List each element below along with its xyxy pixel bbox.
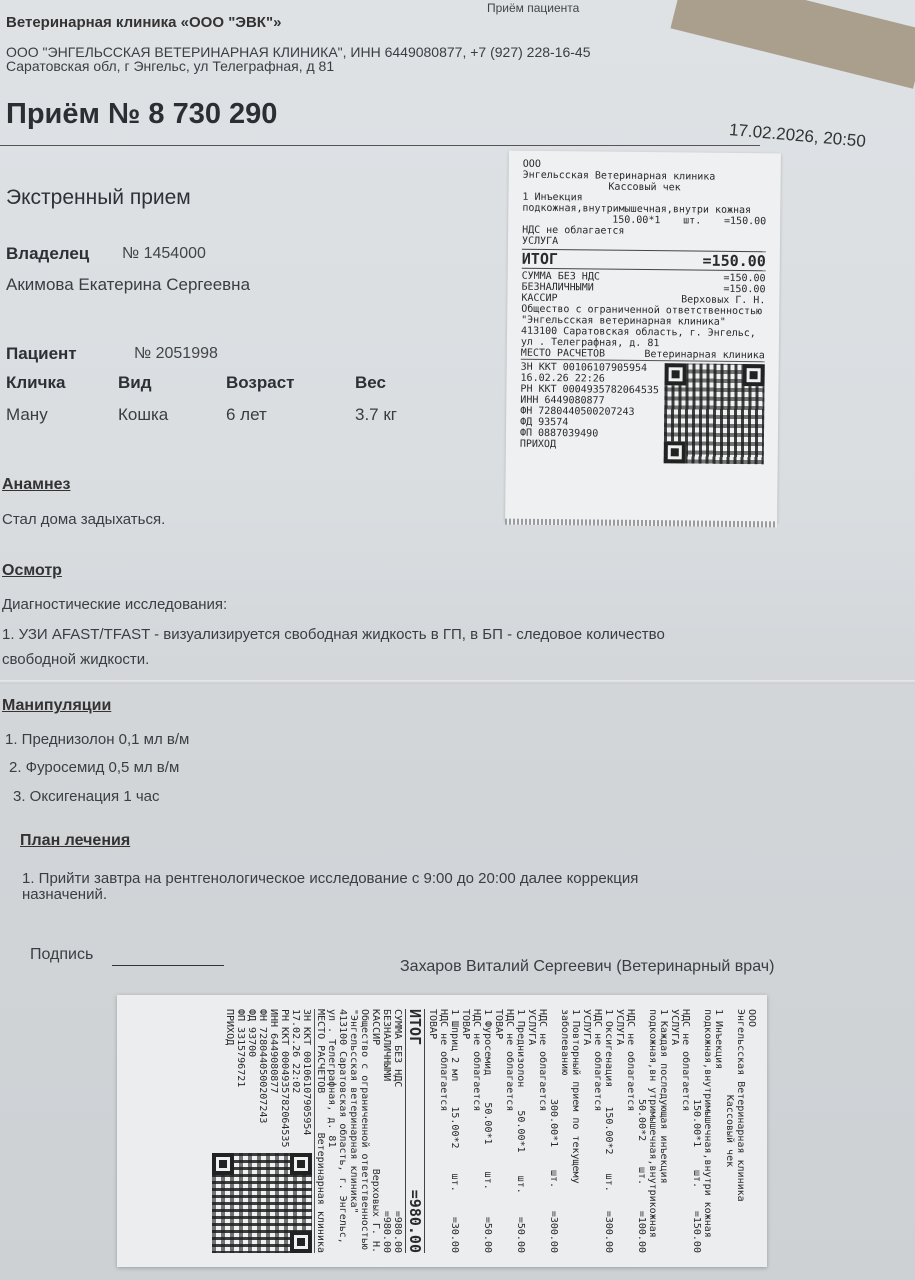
item-vat: НДС не облагается — [537, 1009, 548, 1253]
receipt-1: ООО Энгельсская Ветеринарная клиника Кас… — [505, 151, 781, 524]
receipt-total-label: ИТОГ — [406, 1009, 424, 1045]
receipt-org-full: Общество с ограниченной ответственностью… — [348, 1009, 370, 1253]
clinic-address: Саратовская обл, г Энгельс, ул Телеграфн… — [6, 58, 334, 74]
visit-type: Экстренный прием — [6, 186, 191, 210]
print-header: Приём пациента — [487, 1, 579, 15]
patient-species-value: Кошка — [118, 405, 168, 425]
treatment-plan-item-1-cont: назначений. — [22, 886, 107, 903]
exam-item-1: 1. УЗИ AFAST/TFAST - визуализируется сво… — [2, 626, 665, 643]
receipt-place-label: МЕСТО РАСЧЕТОВ — [521, 348, 605, 360]
receipt-cashier-label: КАССИР — [521, 293, 557, 304]
item-unit: шт. — [691, 1170, 702, 1188]
table-surface — [670, 0, 915, 89]
item-unit: шт. — [636, 1167, 647, 1185]
item-total: =300.00 — [548, 1211, 559, 1253]
item-unit: шт. — [548, 1170, 559, 1188]
receipt-total-label: ИТОГ — [522, 250, 558, 268]
item-vat: НДС не облагается — [680, 1009, 691, 1253]
item-vat: НДС не облагается — [625, 1009, 636, 1253]
receipt-fiscal-block: ЗН ККТ 00106107905954 17.02.26 22:02 РН … — [212, 1009, 312, 1147]
owner-label: Владелец — [6, 244, 89, 264]
item-unit: шт. — [515, 1176, 526, 1194]
manipulation-item-2: 2. Фуросемид 0,5 мл в/м — [9, 759, 179, 776]
item-price: 150.00*1 — [691, 1099, 702, 1147]
item-total: =50.00 — [515, 1217, 526, 1253]
patient-col-weight-header: Вес — [355, 373, 386, 393]
patient-weight-value: 3.7 кг — [355, 405, 397, 425]
receipt-org-full: Общество с ограниченной ответственностью… — [521, 304, 765, 329]
item-price: 50.00*1 — [515, 1110, 526, 1152]
receipt-cashless-label: БЕЗНАЛИЧНЫМИ — [521, 282, 593, 294]
receipt-line-item: 1 Оксигенация150.00*2шт.=300.00 НДС не о… — [581, 1009, 614, 1253]
item-unit: шт. — [449, 1174, 460, 1192]
receipt-fp: ФП 3315796721 — [235, 1009, 246, 1147]
item-total: =150.00 — [691, 1211, 702, 1253]
item-name: 1 Инъекция подкожная,внутримышечная,внут… — [702, 1009, 724, 1253]
manipulations-heading: Манипуляции — [2, 697, 111, 715]
receipt-item-unit: шт. — [683, 215, 701, 226]
receipt-item-name: 1 Инъекция подкожная,внутримышечная,внут… — [522, 192, 766, 217]
patient-col-name-header: Кличка — [6, 373, 65, 393]
owner-name: Акимова Екатерина Сергеевна — [6, 275, 250, 295]
receipt-doc-type: Кассовый чек — [724, 1009, 735, 1253]
doctor-name: Захаров Виталий Сергеевич (Ветеринарный … — [400, 958, 774, 976]
receipt-fd: ФД 93700 — [246, 1009, 257, 1147]
receipt-total-value: =150.00 — [702, 252, 765, 271]
receipt-line-item: 1 Инъекция подкожная,внутримышечная,внут… — [669, 1009, 724, 1253]
item-total: =30.00 — [449, 1217, 460, 1253]
receipt-line-item: 1 Шприц 2 мл15.00*2шт.=30.00 НДС не обла… — [427, 1009, 460, 1253]
receipt-sum-no-vat-value: =150.00 — [723, 273, 765, 284]
receipt-org-address: 413100 Саратовская область, г. Энгельс, … — [521, 326, 765, 351]
receipt-line-item: 1 Фуросемид50.00*1шт.=50.00 НДС не облаг… — [460, 1009, 493, 1253]
manipulation-item-3: 3. Оксигенация 1 час — [13, 788, 160, 805]
item-total: =100.00 — [636, 1211, 647, 1253]
receipt-operation: ПРИХОД — [520, 439, 659, 451]
item-vat: НДС не облагается — [592, 1009, 603, 1253]
patient-name-value: Ману — [6, 405, 48, 425]
exam-heading: Осмотр — [2, 562, 62, 580]
visit-datetime: 17.02.2026, 20:50 — [728, 120, 866, 152]
visit-title: Приём № 8 730 290 — [6, 98, 277, 131]
receipt-place-label: МЕСТО РАСЧЕТОВ — [315, 1009, 326, 1093]
item-total: =50.00 — [482, 1217, 493, 1253]
receipt-total-value: =980.00 — [406, 1190, 424, 1253]
receipt-2: ООО Энгельсская Ветеринарная клиника Кас… — [117, 995, 767, 1267]
item-name: 1 Фуросемид — [482, 1009, 493, 1075]
receipt-org-address: 413100 Саратовская область, г. Энгельс, … — [326, 1009, 348, 1253]
anamnesis-heading: Анамнез — [2, 476, 70, 494]
receipt-sum-no-vat-label: СУММА БЕЗ НДС — [522, 271, 600, 283]
receipt-item-kind: УСЛУГА — [522, 236, 766, 250]
item-kind: УСЛУГА — [581, 1009, 592, 1253]
item-total: =300.00 — [603, 1211, 614, 1253]
item-name: 1 Преднизолон — [515, 1009, 526, 1087]
item-price: 50.00*1 — [482, 1102, 493, 1144]
treatment-plan-item-1: 1. Прийти завтра на рентгенологическое и… — [22, 870, 638, 887]
receipt-cashless-value: =980.00 — [381, 1211, 392, 1253]
receipt-org-short: ООО — [746, 1009, 757, 1253]
receipt-fiscal-block: ЗН ККТ 00106107905954 16.02.26 22:26 РН … — [520, 362, 660, 463]
receipt-place-value: Ветеринарная клиника — [315, 1133, 326, 1253]
exam-subheading: Диагностические исследования: — [2, 596, 227, 613]
anamnesis-text: Стал дома задыхаться. — [2, 511, 165, 528]
item-vat: НДС не облагается — [438, 1009, 449, 1253]
clinic-name: Ветеринарная клиника «ООО "ЭВК"» — [6, 14, 281, 31]
receipt-datetime: 17.02.26 22:02 — [290, 1009, 301, 1147]
item-vat: НДС не облагается — [504, 1009, 515, 1253]
receipt-item-price: 150.00*1 — [612, 215, 660, 227]
receipt-place-value: Ветеринарная клиника — [644, 349, 765, 361]
item-unit: шт. — [603, 1174, 614, 1192]
signature-line — [112, 965, 224, 966]
receipt-operation: ПРИХОД — [224, 1009, 235, 1147]
receipt-line-item: 1 Повторный прием по текущему заболевани… — [526, 1009, 581, 1253]
patient-col-species-header: Вид — [118, 373, 152, 393]
receipt-sum-no-vat-value: =980.00 — [392, 1211, 403, 1253]
item-name: 1 Каждая последующая инъекция подкожная,… — [647, 1009, 669, 1253]
exam-item-1-cont: свободной жидкости. — [2, 651, 149, 668]
item-vat: НДС не облагается — [471, 1009, 482, 1253]
patient-age-value: 6 лет — [226, 405, 267, 425]
item-kind: ТОВАР — [460, 1009, 471, 1253]
item-kind: УСЛУГА — [526, 1009, 537, 1253]
item-unit: шт. — [482, 1172, 493, 1190]
receipt-torn-edge — [505, 519, 777, 528]
item-kind: УСЛУГА — [669, 1009, 680, 1253]
receipt-kkt-serial: ЗН ККТ 00106107905954 — [301, 1009, 312, 1147]
receipt-item-total: =150.00 — [724, 216, 766, 227]
item-price: 15.00*2 — [449, 1106, 460, 1148]
patient-col-age-header: Возраст — [226, 373, 295, 393]
receipt-line-item: 1 Каждая последующая инъекция подкожная,… — [614, 1009, 669, 1253]
item-price: 300.00*1 — [548, 1099, 559, 1147]
item-name: 1 Повторный прием по текущему заболевани… — [559, 1009, 581, 1253]
receipt-org-name: Энгельсская Ветеринарная клиника — [735, 1009, 746, 1253]
qr-code-icon — [664, 363, 765, 464]
item-price: 50.00*2 — [636, 1099, 647, 1141]
receipt-cashless-value: =150.00 — [723, 284, 765, 295]
patient-number: № 2051998 — [134, 345, 218, 363]
patient-label: Пациент — [6, 344, 77, 364]
receipt-fn: ФН 7280440500207243 — [257, 1009, 268, 1147]
qr-code-icon — [212, 1153, 312, 1253]
title-divider — [0, 145, 760, 146]
signature-label: Подпись — [30, 946, 93, 964]
receipt-cashier-label: КАССИР — [370, 1009, 381, 1045]
item-price: 150.00*2 — [603, 1106, 614, 1154]
treatment-plan-heading: План лечения — [20, 832, 130, 850]
receipt-line-item: 1 Преднизолон50.00*1шт.=50.00 НДС не обл… — [493, 1009, 526, 1253]
document-page: Приём пациента Ветеринарная клиника «ООО… — [0, 0, 915, 1280]
receipt-cashier-value: Верховых Г. Н. — [681, 294, 765, 306]
item-kind: ТОВАР — [427, 1009, 438, 1253]
receipt-cashless-label: БЕЗНАЛИЧНЫМИ — [381, 1009, 392, 1081]
paper-fold — [0, 680, 915, 684]
item-kind: УСЛУГА — [614, 1009, 625, 1253]
receipt-sum-no-vat-label: СУММА БЕЗ НДС — [392, 1009, 403, 1087]
receipt-kkt-reg: РН ККТ 0004935782064535 — [279, 1009, 290, 1147]
item-name: 1 Оксигенация — [603, 1009, 614, 1087]
receipt-inn: ИНН 6449080877 — [268, 1009, 279, 1147]
item-name: 1 Шприц 2 мл — [449, 1009, 460, 1081]
item-kind: ТОВАР — [493, 1009, 504, 1253]
receipt-cashier-value: Верховых Г. Н. — [370, 1169, 381, 1253]
manipulation-item-1: 1. Преднизолон 0,1 мл в/м — [5, 731, 189, 748]
owner-number: № 1454000 — [122, 245, 206, 263]
